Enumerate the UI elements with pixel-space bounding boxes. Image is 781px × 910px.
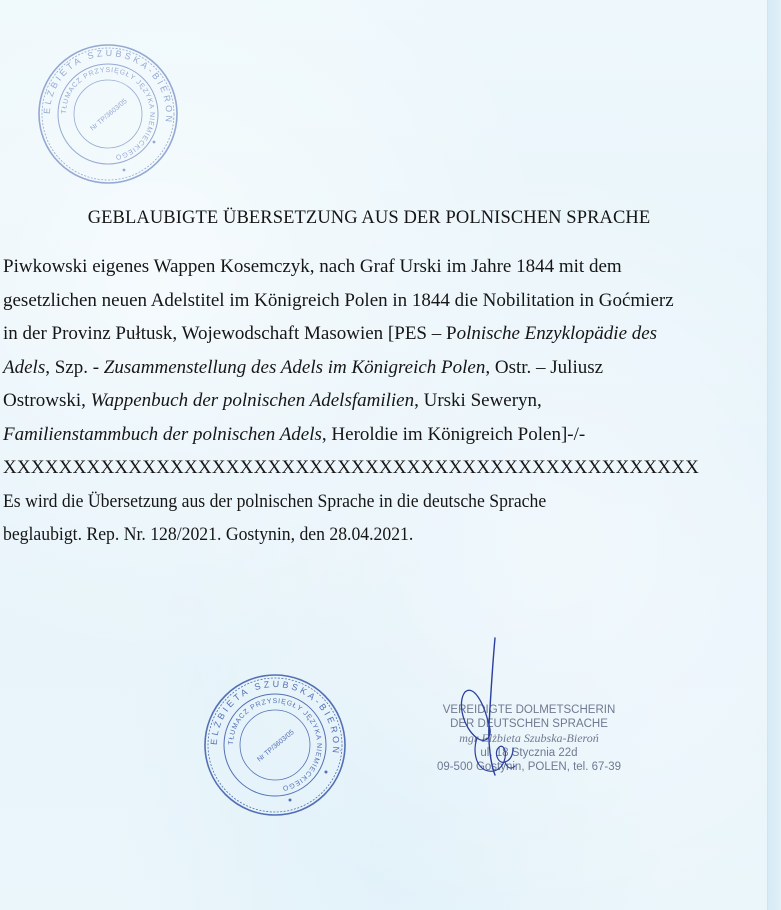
body-text-segment: , Ostr. – Juliusz [485, 357, 603, 378]
body-line: gesetzlichen neuen Adelstitel im Königre… [3, 284, 773, 318]
official-seal-bottom: ELŻBIETA SZUBSKA-BIEROŃ TŁUMACZ PRZYSIĘG… [202, 672, 348, 818]
seal-center-text: Nr TP/3603/05 [256, 729, 295, 764]
body-text-segment: , Szp. - [45, 357, 104, 378]
body-text-segment: in der Provinz Pułtusk, Wojewodschaft Ma… [3, 323, 457, 344]
body-text-segment: gesetzlichen neuen Adelstitel im Königre… [3, 290, 674, 311]
separator-line: XXXXXXXXXXXXXXXXXXXXXXXXXXXXXXXXXXXXXXXX… [3, 451, 773, 485]
official-seal-top: ELŻBIETA SZUBSKA-BIEROŃ TŁUMACZ PRZYSIĘG… [36, 42, 180, 186]
body-line: Familienstammbuch der polnischen Adels, … [3, 418, 773, 452]
italic-citation: olnische Enzyklopädie des [457, 323, 658, 344]
body-text-segment: , Heroldie im Königreich Polen]-/- [322, 424, 585, 445]
document-title: GEBLAUBIGTE ÜBERSETZUNG AUS DER POLNISCH… [0, 208, 738, 229]
certification-line-2: beglaubigt. Rep. Nr. 128/2021. Gostynin,… [3, 518, 773, 552]
document-body: Piwkowski eigenes Wappen Kosemczyk, nach… [3, 250, 773, 552]
handwritten-signature [455, 630, 535, 780]
seal-center-text: Nr TP/3603/05 [89, 98, 128, 133]
certification-line-1: Es wird die Übersetzung aus der polnisch… [3, 485, 773, 519]
translation-text: Piwkowski eigenes Wappen Kosemczyk, nach… [3, 250, 773, 451]
body-text-segment: Piwkowski eigenes Wappen Kosemczyk, nach… [3, 256, 622, 277]
body-text-segment: , Urski Seweryn, [414, 390, 542, 411]
body-line: Adels, Szp. - Zusammenstellung des Adels… [3, 351, 773, 385]
body-line: Piwkowski eigenes Wappen Kosemczyk, nach… [3, 250, 773, 284]
body-line: in der Provinz Pułtusk, Wojewodschaft Ma… [3, 317, 773, 351]
italic-citation: Zusammenstellung des Adels im Königreich… [104, 357, 486, 378]
italic-citation: Adels [3, 357, 45, 378]
body-text-segment: Ostrowski, [3, 390, 91, 411]
body-line: Ostrowski, Wappenbuch der polnischen Ade… [3, 384, 773, 418]
italic-citation: Wappenbuch der polnischen Adelsfamilien [91, 390, 414, 411]
italic-citation: Familienstammbuch der polnischen Adels [3, 424, 322, 445]
